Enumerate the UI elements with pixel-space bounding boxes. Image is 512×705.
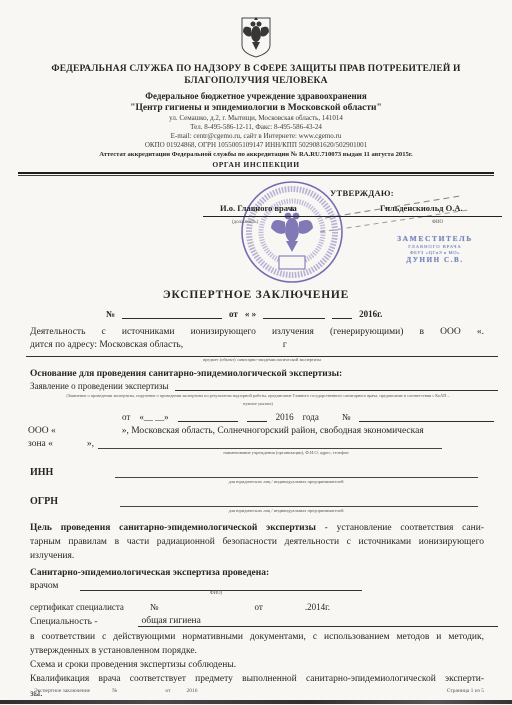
- subject-rule: предмет (объект) санитарно-эпидемиологич…: [26, 356, 498, 362]
- position-caption: (должность): [232, 220, 258, 225]
- footer-year: 2016: [186, 688, 197, 694]
- zone-pre: зона «: [28, 439, 53, 449]
- basis-caption: (Заявление о проведении экспертизы, пору…: [26, 392, 490, 407]
- org-phone-fax: Тел. 8-495-586-12-11, Факс: 8-495-586-43…: [0, 123, 512, 131]
- subject-line1: Деятельность с источниками ионизирующего…: [30, 326, 484, 340]
- schedule-text: Схема и сроки проведения экспертизы собл…: [30, 658, 484, 672]
- inn-label: ИНН: [30, 467, 53, 478]
- org-name: "Центр гигиены и эпидемиологии в Московс…: [0, 103, 512, 113]
- certificate-date-blank: [263, 611, 305, 612]
- stamp-line: ЗАМЕСТИТЕЛЬ: [372, 234, 498, 243]
- footer-ot-label: от: [165, 688, 170, 694]
- number-label: №: [342, 412, 351, 422]
- basis-heading: Основание для проведения санитарно-эпиде…: [30, 369, 484, 379]
- purpose-rest: - установление соответствия сани-: [316, 523, 484, 533]
- org-name-blank: [56, 435, 122, 436]
- approver-name: Гильденскиольд О.А.: [380, 203, 463, 213]
- number-blank: [359, 412, 494, 422]
- subject-line2-text: дится по адресу: Московская область,: [30, 340, 183, 350]
- basis-caption-line2: нужное указать): [26, 400, 490, 407]
- accreditation-line: Аттестат аккредитации Федеральной службы…: [0, 151, 512, 158]
- basis-blank: [175, 381, 498, 391]
- methods-line2: утвержденных в установленном порядке.: [30, 644, 484, 658]
- org-email-site: E-mail: centr@cgemo.ru, сайт в Интернете…: [0, 132, 512, 140]
- inspection-body-label: ОРГАН ИНСПЕКЦИИ: [0, 160, 512, 169]
- inn-blank: [115, 468, 478, 478]
- letterhead: ФЕДЕРАЛЬНАЯ СЛУЖБА ПО НАДЗОРУ В СФЕРЕ ЗА…: [0, 0, 512, 169]
- subject-line2: дится по адресу: Московская область, г: [30, 339, 484, 353]
- fio-caption: ФИО): [110, 591, 322, 596]
- zone-post: »,: [87, 439, 94, 449]
- document-page: ФЕДЕРАЛЬНАЯ СЛУЖБА ПО НАДЗОРУ В СФЕРЕ ЗА…: [0, 0, 512, 705]
- subject-paragraph: Деятельность с источниками ионизирующего…: [30, 326, 484, 354]
- purpose-paragraph: Цель проведения санитарно-эпидемиологиче…: [30, 521, 484, 564]
- purpose-line3: излучения.: [30, 549, 484, 563]
- certificate-row: сертификат специалиста № от .2014г.: [30, 602, 472, 612]
- zone-row: зона « »,: [28, 439, 442, 449]
- org-reg-codes: ОКПО 01924868, ОГРН 1055005109147 ИНН/КП…: [0, 141, 512, 149]
- purpose-lead: Цель проведения санитарно-эпидемиологиче…: [30, 523, 316, 533]
- agency-name: ФЕДЕРАЛЬНАЯ СЛУЖБА ПО НАДЗОРУ В СФЕРЕ ЗА…: [41, 63, 471, 88]
- purpose-line1: Цель проведения санитарно-эпидемиологиче…: [30, 521, 484, 535]
- day-quotes: « »: [245, 309, 256, 319]
- ogrn-row: ОГРН: [30, 496, 478, 507]
- number-blank: [122, 309, 222, 319]
- footer-page-label: Страница 1 из 5: [447, 688, 484, 694]
- stamp-line: ФБУЗ «ЦГиЭ в МО»: [372, 250, 498, 255]
- doctor-row: врачом: [30, 581, 362, 591]
- basis-value-row: Заявление о проведении экспертизы: [30, 381, 498, 391]
- small-blank: [247, 412, 267, 422]
- doc-number-row: № от « » 2016г.: [106, 309, 434, 319]
- org-caption: наименование учреждения (организации), Ф…: [120, 450, 452, 455]
- name-caption: ФИО: [432, 220, 443, 225]
- ogrn-blank: [120, 497, 478, 507]
- small-blank: [332, 309, 352, 319]
- doctor-name-blank: [80, 581, 362, 591]
- inn-caption: для юридических лиц / индивидуальных пре…: [180, 479, 392, 484]
- basis-caption-line1: (Заявление о проведении экспертизы, пору…: [26, 392, 490, 399]
- speciality-value: общая гигиена: [138, 616, 499, 627]
- subject-caption: предмет (объект) санитарно-эпидемиологич…: [26, 357, 498, 362]
- deputy-text-stamp: ЗАМЕСТИТЕЛЬ ГЛАВНОГО ВРАЧА ФБУЗ «ЦГиЭ в …: [372, 234, 498, 264]
- purpose-line2: тарным правилам в части радиационной без…: [30, 535, 484, 549]
- document-title: ЭКСПЕРТНОЕ ЗАКЛЮЧЕНИЕ: [0, 289, 512, 301]
- ogrn-label: ОГРН: [30, 496, 58, 507]
- ogrn-caption: для юридических лиц / индивидуальных пре…: [180, 508, 392, 513]
- stamp-line: ГЛАВНОГО ВРАЧА: [372, 244, 498, 249]
- approver-position: И.о. Главного врача: [220, 203, 297, 213]
- subject-line2-tail: г: [283, 340, 287, 350]
- signature-scribble-icon: [20, 176, 504, 286]
- org-post: », Московская область, Солнечногорский р…: [122, 426, 424, 436]
- org-address: ул. Семашко, д.2, г. Мытищи, Московская …: [0, 114, 512, 122]
- ot-label: от: [229, 309, 238, 319]
- basis-date-row: от «__ __» 2016 года №: [122, 412, 494, 422]
- approval-block: УТВЕРЖДАЮ: И.о. Главного врача Гильденск…: [20, 176, 504, 286]
- goda-label: года: [303, 412, 319, 422]
- ot-label: от: [122, 412, 130, 422]
- certificate-number-label: №: [150, 602, 159, 612]
- page-footer: Экспертное заключение № от 2016 Страница…: [34, 688, 484, 694]
- org-pre: ООО «: [28, 426, 56, 436]
- footer-number-label: №: [112, 688, 117, 694]
- qualification-line1: Квалификация врача соответствует предмет…: [30, 672, 484, 686]
- month-blank: [178, 412, 238, 422]
- month-blank: [263, 309, 325, 319]
- stamp-line: ДУНИН С.В.: [372, 256, 498, 264]
- certificate-ot-label: от: [255, 602, 263, 612]
- year-value: 2016: [276, 412, 294, 422]
- signature-line: [203, 216, 502, 217]
- inn-row: ИНН: [30, 467, 478, 478]
- basis-value: Заявление о проведении экспертизы: [30, 381, 169, 391]
- year-label: 2016г.: [359, 309, 382, 319]
- certificate-number-blank: [159, 611, 255, 612]
- org-type: Федеральное бюджетное учреждение здравоо…: [0, 91, 512, 101]
- scan-edge-bar: [0, 700, 512, 704]
- doctor-label: врачом: [30, 581, 58, 591]
- day-quotes: «__ __»: [139, 412, 168, 422]
- number-label: №: [106, 309, 115, 319]
- approve-label: УТВЕРЖДАЮ:: [330, 188, 394, 198]
- zone-name-blank: [53, 448, 87, 449]
- certificate-label: сертификат специалиста: [30, 602, 124, 612]
- speciality-label: Специальность -: [30, 617, 98, 627]
- subject-gap: [185, 346, 280, 347]
- zone-blank: [98, 439, 442, 449]
- footer-doc-label: Экспертное заключение: [34, 688, 90, 694]
- methods-line1: в соответствии с действующими нормативны…: [30, 630, 484, 644]
- speciality-row: Специальность - общая гигиена: [30, 616, 498, 627]
- coat-of-arms-icon: [239, 16, 273, 60]
- certificate-year: .2014г.: [305, 602, 330, 612]
- org-row: ООО « », Московская область, Солнечногор…: [28, 426, 494, 436]
- expertise-heading: Санитарно-эпидемиологическая экспертиза …: [30, 568, 484, 578]
